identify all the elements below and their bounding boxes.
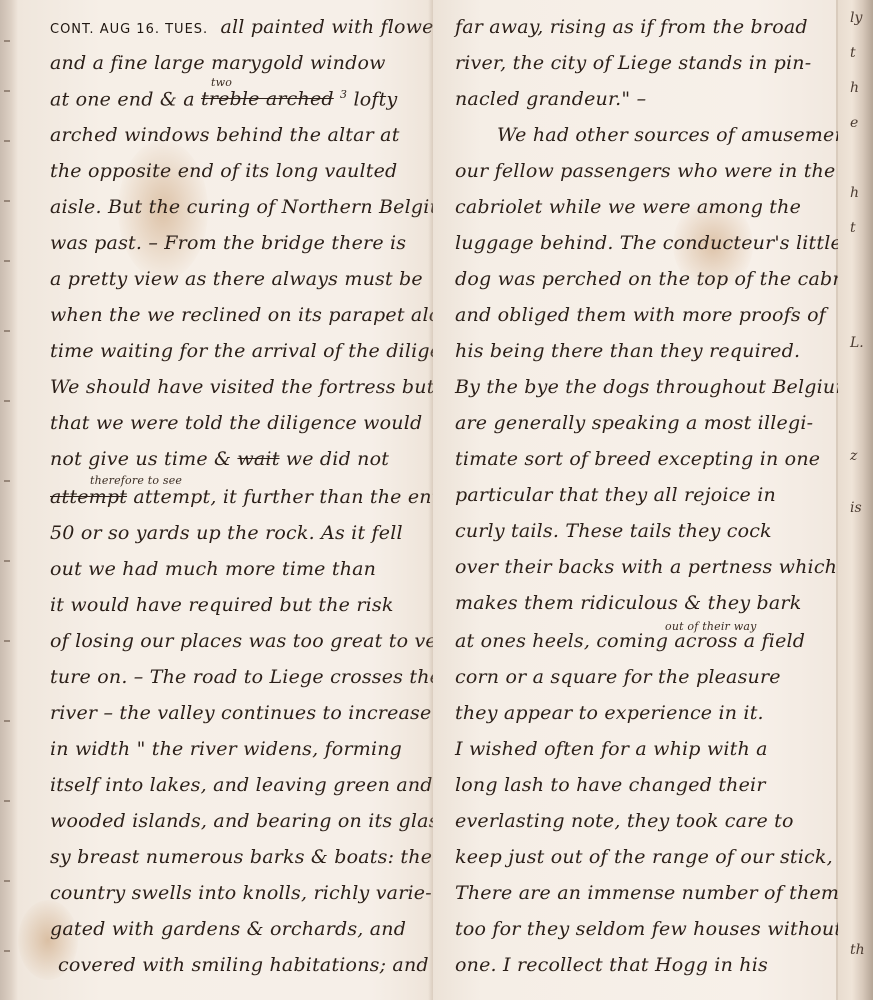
right-line-4: We had other sources of amusement in [497, 124, 873, 146]
left-line-9: when the we reclined on its parapet alon… [50, 304, 465, 326]
left-line-26: gated with gardens & orchards, and [50, 918, 406, 940]
insertion-text: out of their way [665, 620, 757, 633]
right-line-6: cabriolet while we were among the [455, 196, 801, 218]
left-line-19: ture on. – The road to Liege crosses the [50, 666, 441, 688]
right-line-10: his being there than they required. [455, 340, 800, 362]
right-line-20: they appear to experience in it. [455, 702, 764, 724]
right-line-22: long lash to have changed their [455, 774, 766, 796]
insertion-text: two [211, 76, 232, 89]
right-line-3: nacled grandeur." – [455, 88, 646, 110]
right-line-24: keep just out of the range of our stick, [455, 846, 833, 868]
right-line-21: I wished often for a whip with a [455, 738, 768, 760]
left-line-18: of losing our places was too great to ve… [50, 630, 456, 652]
right-line-5: our fellow passengers who were in the [455, 160, 835, 182]
right-line-27: one. I recollect that Hogg in his [455, 954, 768, 976]
right-line-23: everlasting note, they took care to [455, 810, 794, 832]
right-line-14: particular that they all rejoice in [455, 484, 776, 506]
right-line-7: luggage behind. The conducteur's little [455, 232, 842, 254]
right-line-13: timate sort of breed excepting in one [455, 448, 820, 470]
left-line-21: in width " the river widens, forming [50, 738, 402, 760]
left-line-7: was past. – From the bridge there is [50, 232, 406, 254]
left-line-23: wooded islands, and bearing on its glas- [50, 810, 445, 832]
left-line-24: sy breast numerous barks & boats: the [50, 846, 432, 868]
left-line-6: aisle. But the curing of Northern Belgiu… [50, 196, 460, 218]
date-header: CONT. AUG 16. TUES. [50, 22, 208, 37]
right-line-8: dog was perched on the top of the cabrio… [455, 268, 873, 290]
left-line-16: out we had much more time than [50, 558, 376, 580]
left-line-10: time waiting for the arrival of the dili… [50, 340, 482, 362]
left-line-22: itself into lakes, and leaving green and [50, 774, 433, 796]
left-line-11: We should have visited the fortress but [50, 376, 435, 398]
right-line-15: curly tails. These tails they cock [455, 520, 772, 542]
left-line-4: arched windows behind the altar at [50, 124, 400, 146]
left-line-25: country swells into knolls, richly varie… [50, 882, 432, 904]
left-line-8: a pretty view as there always must be [50, 268, 423, 290]
right-line-19: corn or a square for the pleasure [455, 666, 781, 688]
right-page: far away, rising as if from the broad ri… [433, 0, 838, 1000]
left-line-13: not give us time & wait we did not [50, 448, 389, 470]
left-line-1: CONT. AUG 16. TUES. all painted with flo… [50, 16, 459, 38]
left-line-15: 50 or so yards up the rock. As it fell [50, 522, 403, 544]
journal-spread: CONT. AUG 16. TUES. all painted with flo… [0, 0, 873, 1000]
left-page: CONT. AUG 16. TUES. all painted with flo… [18, 0, 433, 1000]
left-line-3: at one end & a two treble arched 3 lofty [50, 88, 397, 110]
right-line-12: are generally speaking a most illegi- [455, 412, 813, 434]
left-line-5: the opposite end of its long vaulted [50, 160, 397, 182]
struck-text: attempt [50, 486, 127, 508]
insertion-text: therefore to see [90, 474, 182, 487]
left-line-12: that we were told the diligence would [50, 412, 422, 434]
book-spine-edge [0, 0, 19, 1000]
right-line-18: out of their way at ones heels, coming a… [455, 630, 805, 652]
right-line-26: too for they seldom few houses without [455, 918, 842, 940]
right-line-25: There are an immense number of them [455, 882, 839, 904]
right-line-1: far away, rising as if from the broad [455, 16, 808, 38]
left-line-20: river – the valley continues to increase [50, 702, 431, 724]
underlying-page-edges: ly t h e h t L. z is th [838, 0, 873, 1000]
right-line-2: river, the city of Liege stands in pin- [455, 52, 811, 74]
left-line-2: and a fine large marygold window [50, 52, 386, 74]
left-line-17: it would have required but the risk [50, 594, 394, 616]
right-line-9: and obliged them with more proofs of [455, 304, 826, 326]
right-line-17: makes them ridiculous & they bark [455, 592, 801, 614]
left-line-27: covered with smiling habitations; and [58, 954, 429, 976]
right-line-11: By the bye the dogs throughout Belgium [455, 376, 854, 398]
struck-text: wait [237, 448, 279, 470]
right-line-16: over their backs with a pertness which [455, 556, 837, 578]
struck-text: treble arched [201, 88, 334, 110]
